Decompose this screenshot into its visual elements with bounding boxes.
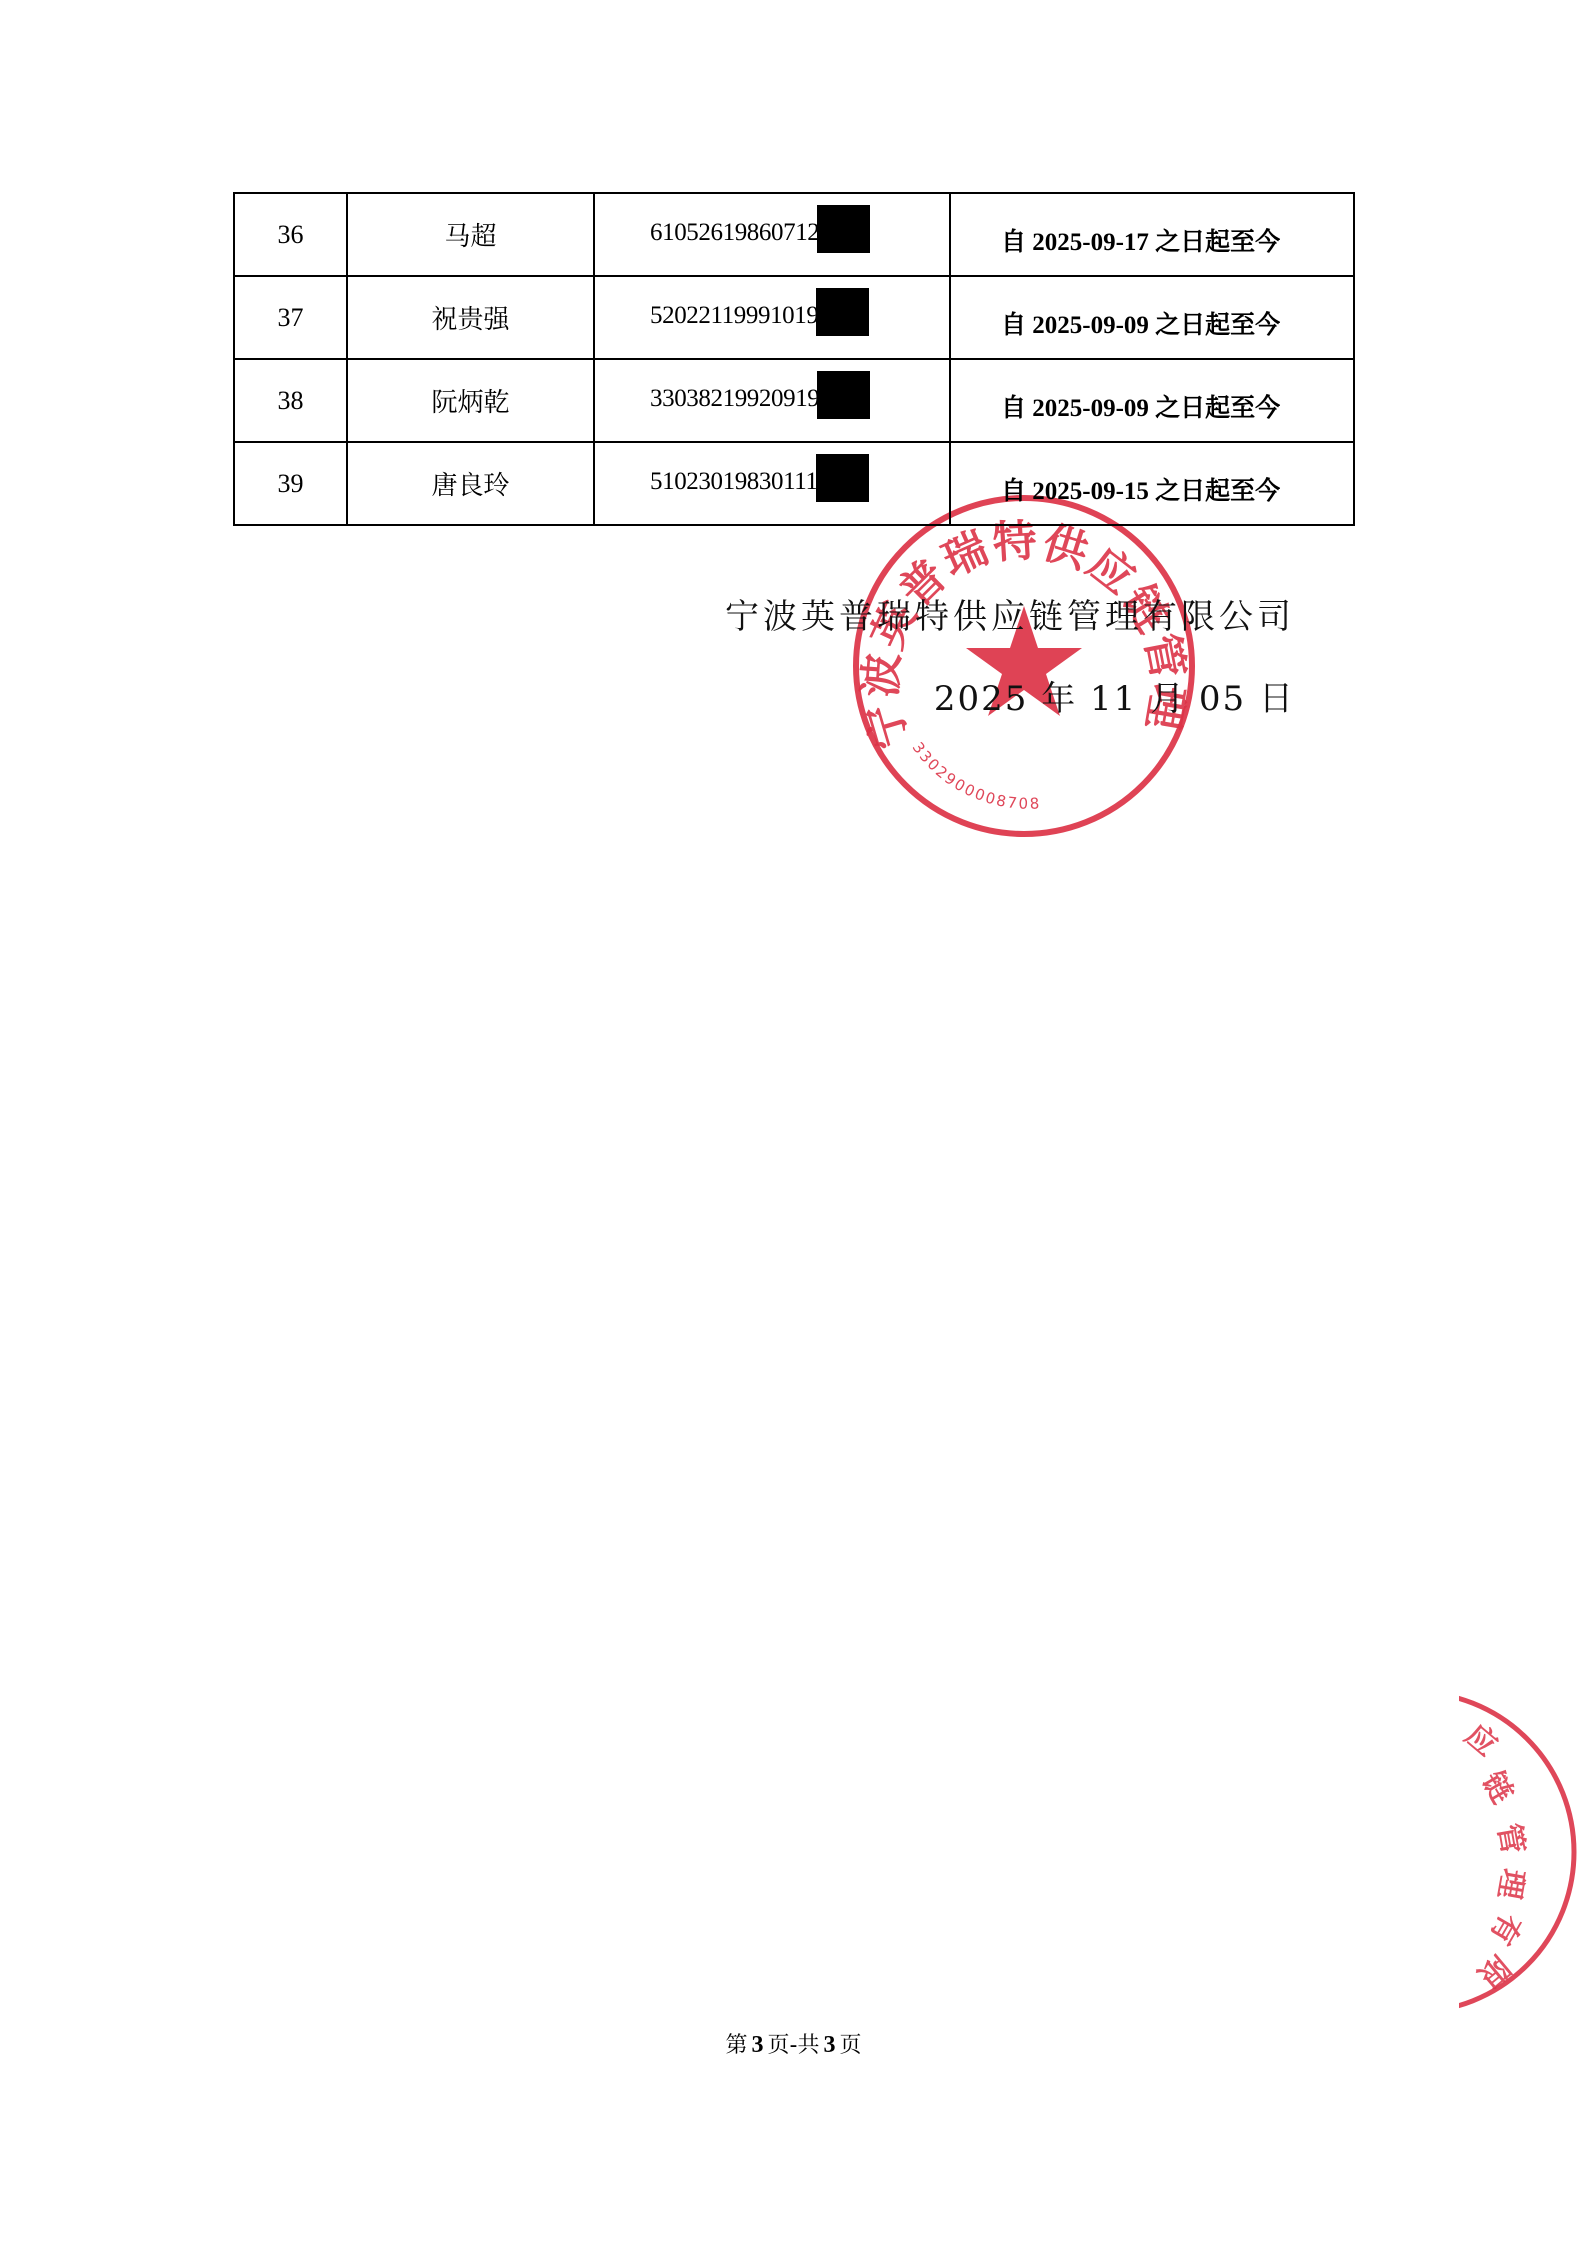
table-row: 38 阮炳乾 33038219920919 自 2025-09-09 之日起至今 (234, 359, 1354, 442)
id-number-cell: 52022119991019 (594, 276, 950, 359)
page-footer: 第3页-共3页 (0, 2028, 1587, 2059)
svg-text:限: 限 (1471, 1948, 1516, 1994)
partial-seal-icon: 应 链 管 理 有 限 (1459, 1690, 1587, 2015)
signature-block: 宁波英普瑞特供应链管理有限公司 2025 年 11 月 05 日 (725, 595, 1295, 721)
employee-name: 阮炳乾 (347, 359, 594, 442)
redaction-block (816, 288, 869, 336)
employee-table: 36 马超 61052619860712 自 2025-09-17 之日起至今 … (233, 192, 1355, 526)
partial-seal: 应 链 管 理 有 限 (1459, 1690, 1587, 2015)
employment-period: 自 2025-09-17 之日起至今 (950, 193, 1354, 276)
id-number: 33038219920919 (650, 385, 819, 412)
svg-text:链: 链 (1474, 1766, 1519, 1809)
employment-period: 自 2025-09-09 之日起至今 (950, 276, 1354, 359)
employee-name: 唐良玲 (347, 442, 594, 525)
svg-text:应: 应 (1459, 1718, 1504, 1764)
table-row: 37 祝贵强 52022119991019 自 2025-09-09 之日起至今 (234, 276, 1354, 359)
row-number: 39 (234, 442, 347, 525)
footer-middle: 页-共 (768, 2033, 820, 2058)
redaction-block (817, 371, 870, 419)
svg-text:管: 管 (1490, 1821, 1530, 1857)
row-number: 38 (234, 359, 347, 442)
row-number: 36 (234, 193, 347, 276)
total-pages: 3 (823, 2032, 835, 2058)
redaction-block (817, 205, 870, 253)
company-name: 宁波英普瑞特供应链管理有限公司 (725, 595, 1295, 639)
id-number: 61052619860712 (650, 219, 819, 246)
employee-name: 马超 (347, 193, 594, 276)
row-number: 37 (234, 276, 347, 359)
table-row: 36 马超 61052619860712 自 2025-09-17 之日起至今 (234, 193, 1354, 276)
id-number-cell: 61052619860712 (594, 193, 950, 276)
employee-name: 祝贵强 (347, 276, 594, 359)
signature-date: 2025 年 11 月 05 日 (725, 677, 1295, 721)
id-number: 51023019830111 (650, 468, 818, 495)
footer-suffix: 页 (839, 2033, 861, 2058)
id-number: 52022119991019 (650, 302, 818, 329)
employment-period: 自 2025-09-09 之日起至今 (950, 359, 1354, 442)
svg-text:有: 有 (1482, 1907, 1527, 1950)
id-number-cell: 33038219920919 (594, 359, 950, 442)
svg-text:理: 理 (1491, 1866, 1531, 1902)
current-page: 3 (752, 2032, 764, 2058)
footer-prefix: 第 (726, 2033, 748, 2058)
